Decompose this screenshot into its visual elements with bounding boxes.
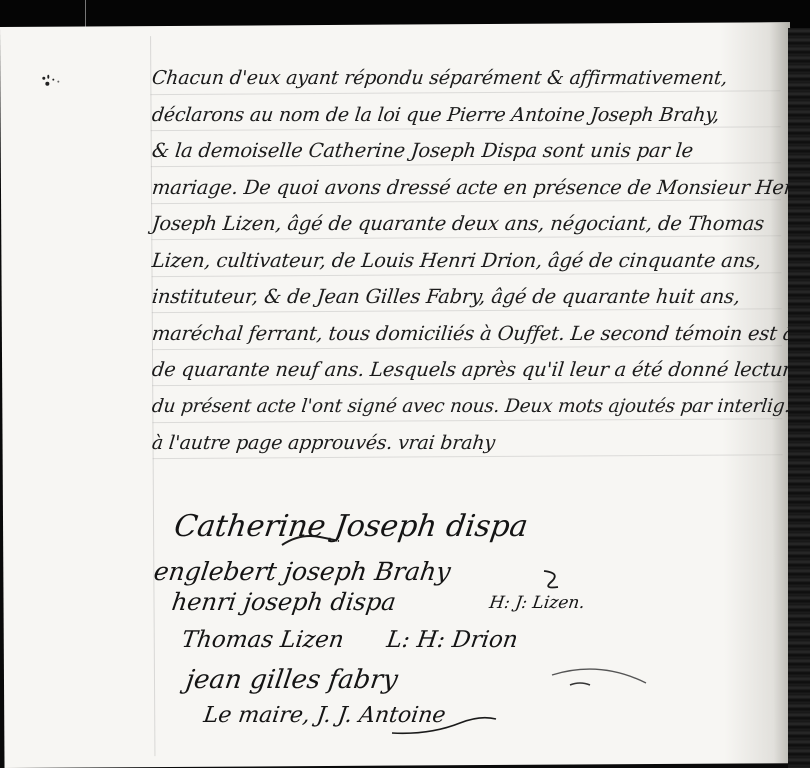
record-line-9: de quarante neuf ans. Lesquels après qu'… — [150, 352, 794, 389]
record-line-6: Lizen, cultivateur, de Louis Henri Drion… — [150, 243, 794, 280]
signature-drion: L: H: Drion — [385, 627, 520, 653]
signature-fabry: jean gilles fabry — [184, 665, 400, 695]
ink-specks — [40, 73, 62, 89]
record-line-11: à l'autre page approuvés. vrai brahy — [150, 425, 794, 462]
record-line-10: du présent acte l'ont signé avec nous. D… — [150, 389, 794, 426]
record-line-4: mariage. De quoi avons dressé acte en pr… — [150, 170, 794, 207]
record-line-2: déclarons au nom de la loi que Pierre An… — [150, 97, 794, 134]
record-line-3: & la demoiselle Catherine Joseph Dispa s… — [150, 133, 794, 170]
record-line-1: Chacun d'eux ayant répondu séparément & … — [150, 60, 794, 97]
signature-bride: Catherine Joseph dispa — [172, 509, 530, 544]
record-line-7: instituteur, & de Jean Gilles Fabry, âgé… — [150, 279, 794, 316]
scan-right-border — [788, 28, 810, 768]
signature-brahy: englebert joseph Brahy — [152, 557, 452, 586]
record-line-5: Joseph Lizen, âgé de quarante deux ans, … — [150, 206, 794, 243]
signature-henri-dispa: henri joseph dispa — [170, 588, 398, 616]
scan-scratch — [85, 0, 86, 28]
record-body: Chacun d'eux ayant répondu séparément & … — [150, 60, 790, 462]
signature-henri-lizen: H: J: Lizen. — [488, 593, 586, 613]
signature-thomas-lizen: Thomas Lizen — [180, 627, 345, 653]
signature-mayor: Le maire, J. J. Antoine — [202, 703, 447, 728]
record-line-8: maréchal ferrant, tous domiciliés à Ouff… — [150, 316, 794, 353]
